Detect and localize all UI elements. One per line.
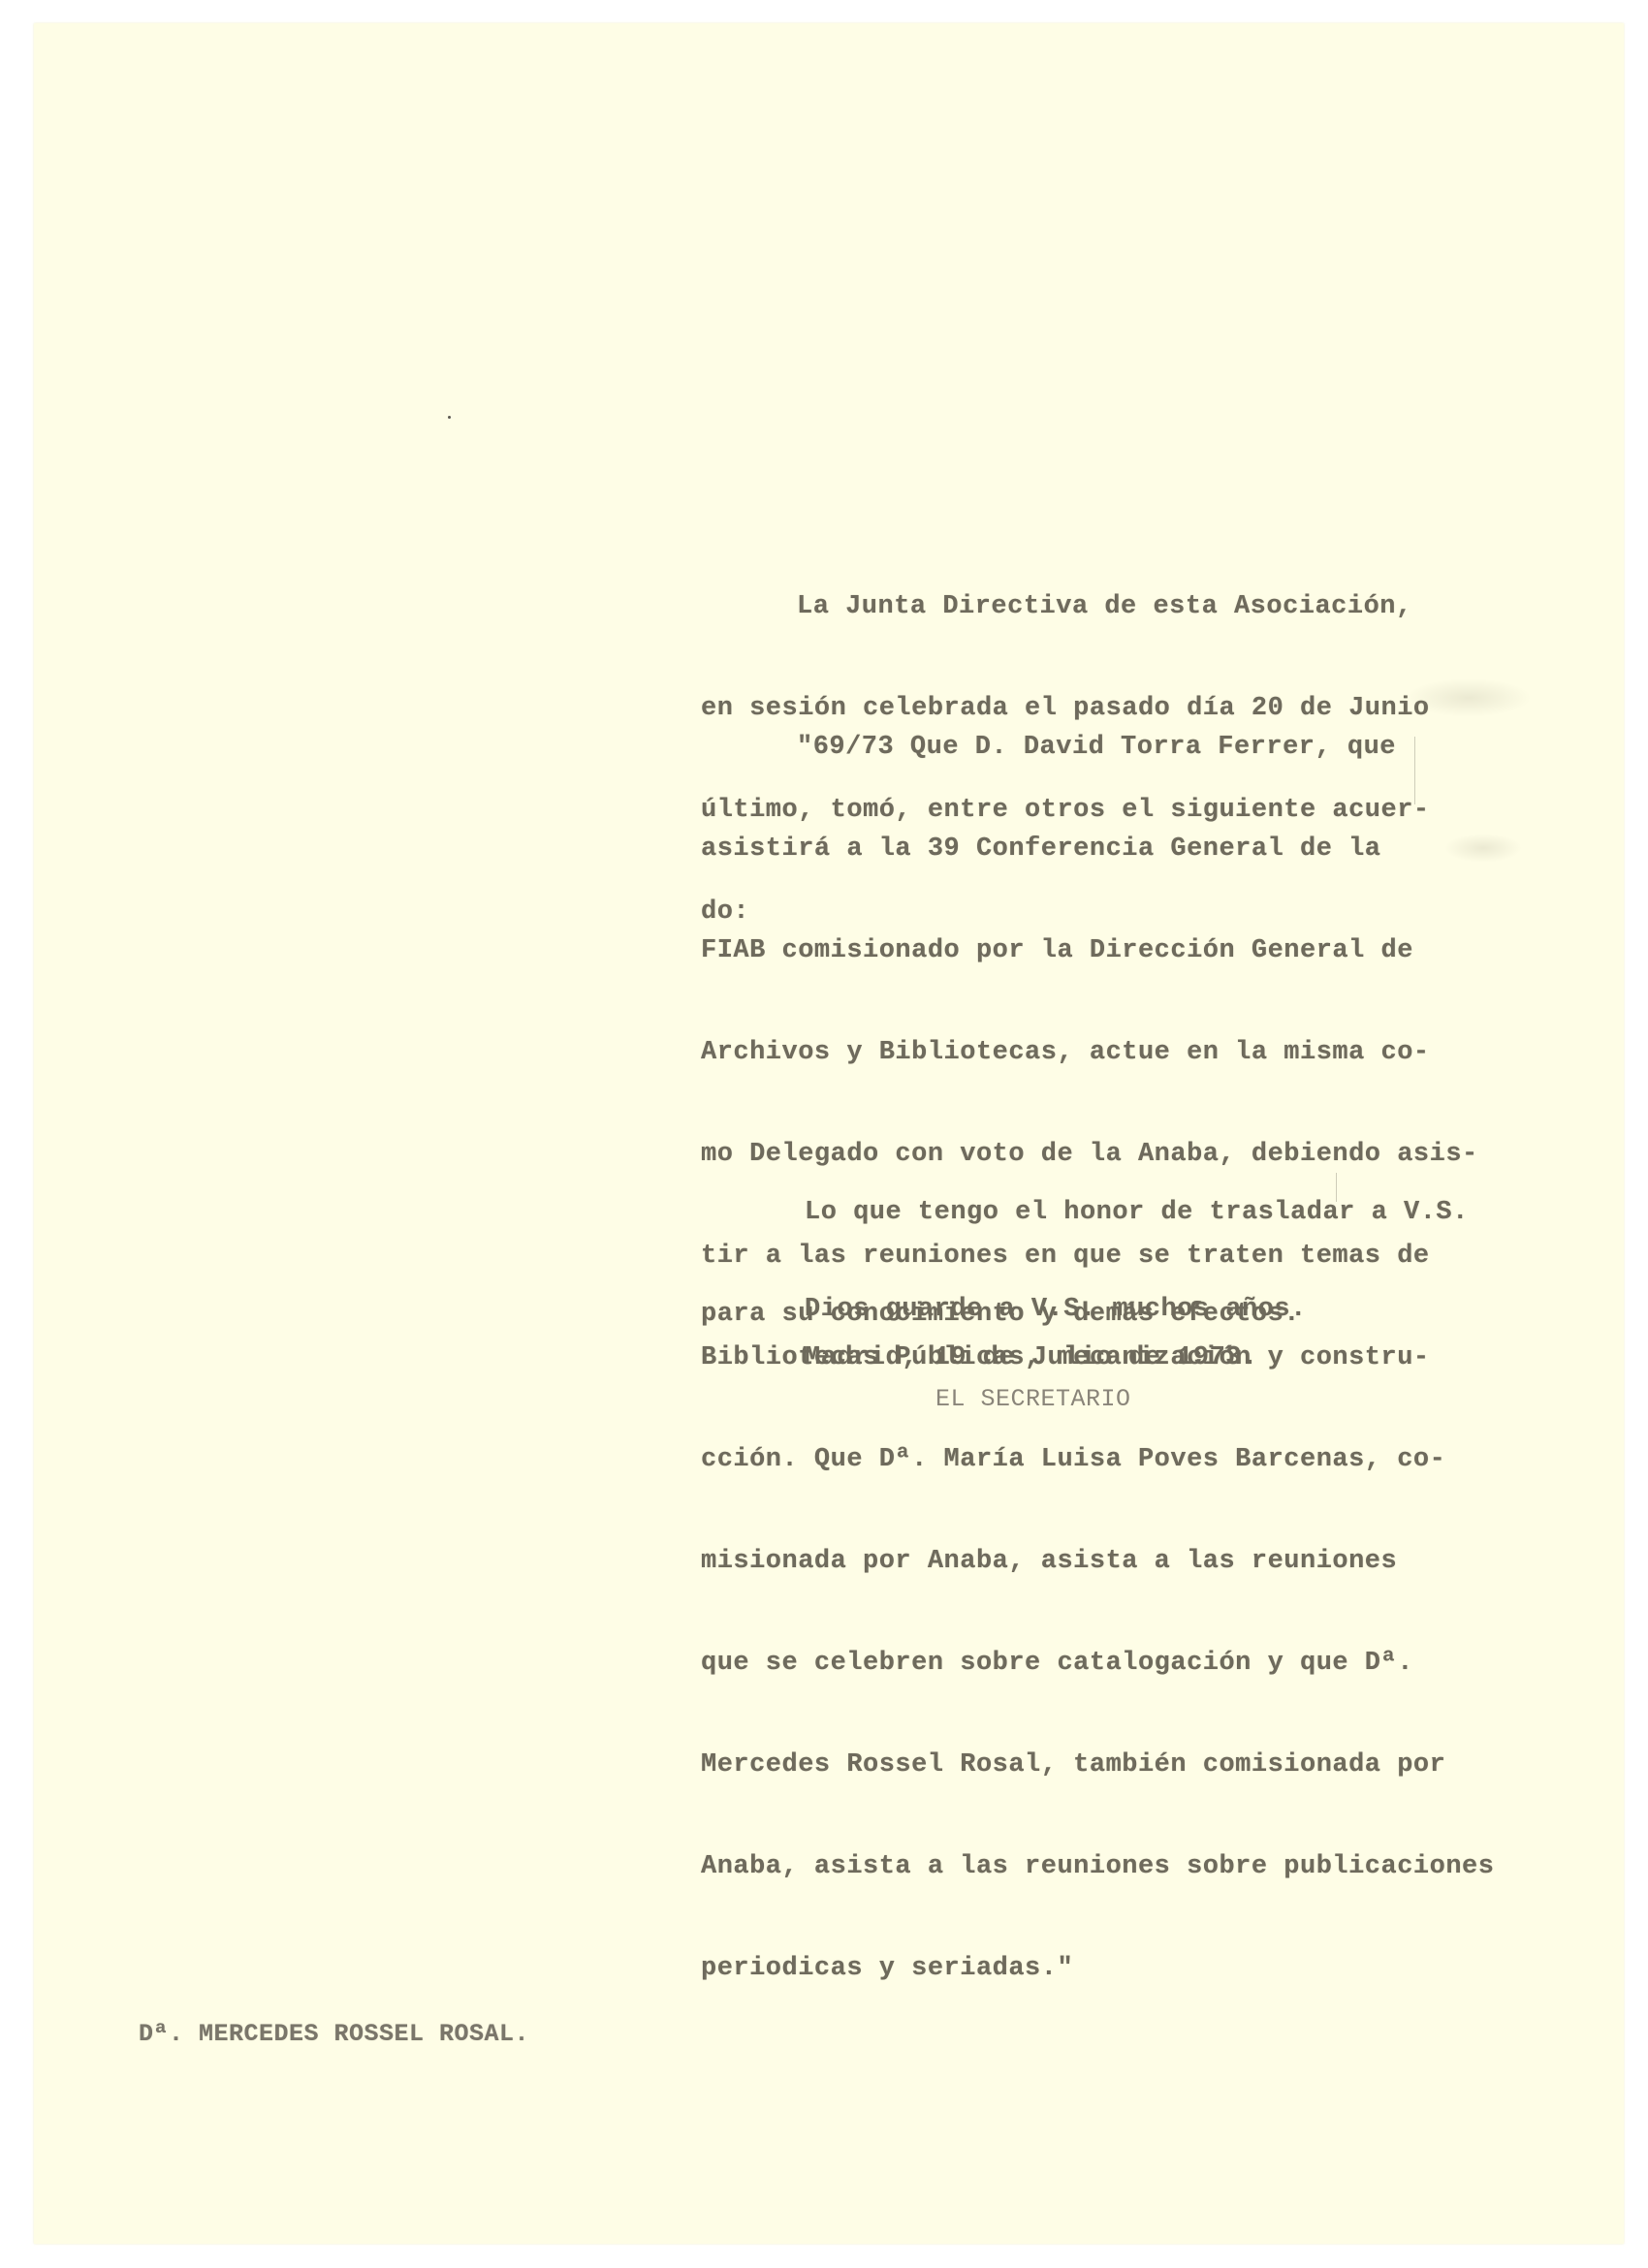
text-line: La Junta Directiva de esta Asociación, xyxy=(701,590,1430,624)
text-line: misionada por Anaba, asista a las reunio… xyxy=(701,1545,1494,1579)
text-line: asistirá a la 39 Conferencia General de … xyxy=(701,833,1494,866)
paper-scratch xyxy=(1336,1173,1337,1202)
text-line: EL SECRETARIO xyxy=(935,1382,1131,1416)
text-line: "69/73 Que D. David Torra Ferrer, que xyxy=(701,731,1494,765)
signatory-title: EL SECRETARIO xyxy=(935,1314,1131,1450)
addressee: Dª. MERCEDES ROSSEL ROSAL. xyxy=(139,1949,529,2085)
text-line: que se celebren sobre catalogación y que… xyxy=(701,1647,1494,1681)
ink-speck xyxy=(448,416,451,419)
paper-smudge xyxy=(1444,834,1522,863)
paper-scratch xyxy=(1414,737,1415,804)
text-line: Anaba, asista a las reuniones sobre publ… xyxy=(701,1850,1494,1884)
text-line: Archivos y Bibliotecas, actue en la mism… xyxy=(701,1036,1494,1070)
text-line: Dª. MERCEDES ROSSEL ROSAL. xyxy=(139,2017,529,2051)
text-line: Mercedes Rossel Rosal, también comisiona… xyxy=(701,1748,1494,1782)
text-line: FIAB comisionado por la Dirección Genera… xyxy=(701,934,1494,968)
text-line: periodicas y seriadas." xyxy=(701,1952,1494,1986)
paper-smudge xyxy=(1406,678,1532,717)
